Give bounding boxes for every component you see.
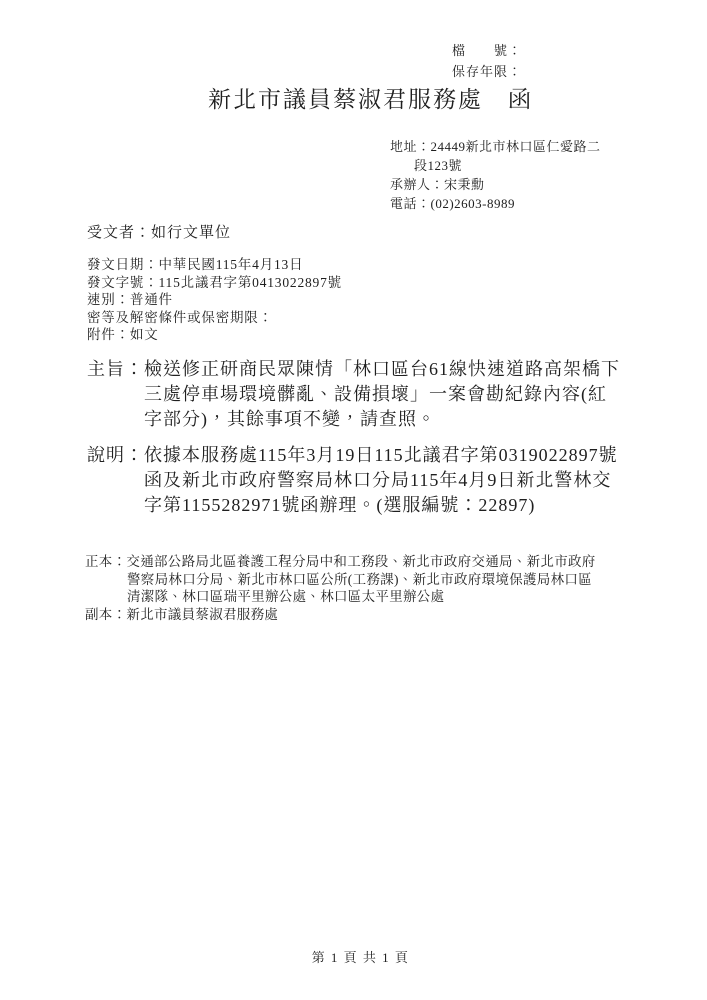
retention-period-label: 保存年限： [452,61,522,82]
original-recipients-line: 正本：交通部公路局北區養護工程分局中和工務段、新北市政府交通局、新北市政府 [85,553,596,571]
original-recipients-line: 清潔隊、林口區瑞平里辦公處、林口區太平里辦公處 [85,588,596,606]
attachment-line: 附件：如文 [87,326,342,344]
subject-line: 字部分)，其餘事項不變，請查照。 [87,407,620,432]
original-recipients-line: 警察局林口分局、新北市林口區公所(工務課)、新北市政府環境保護局林口區 [85,571,596,589]
description-line: 函及新北市政府警察局林口分局115年4月9日新北警林交 [87,468,618,493]
priority-line: 速別：普通件 [87,291,342,309]
page-footer: 第 1 頁 共 1 頁 [0,947,707,966]
description-line: 字第1155282971號函辦理。(選服編號：22897) [87,493,618,518]
sender-address-line-2: 段123號 [390,156,601,175]
phone-number: 電話：(02)2603-8989 [390,194,601,213]
sender-address-line-1: 地址：24449新北市林口區仁愛路二 [390,137,601,156]
description-section: 說明：依據本服務處115年3月19日115北議君字第0319022897號 函及… [87,443,618,518]
sender-contact-block: 地址：24449新北市林口區仁愛路二 段123號 承辦人：宋秉勳 電話：(02)… [390,137,601,213]
doc-number-line: 發文字號：115北議君字第0413022897號 [87,274,342,292]
description-line: 說明：依據本服務處115年3月19日115北議君字第0319022897號 [87,443,618,468]
security-line: 密等及解密條件或保密期限： [87,309,342,327]
file-number-label: 檔 號： [452,40,522,61]
issue-date-line: 發文日期：中華民國115年4月13日 [87,256,342,274]
recipient-line: 受文者：如行文單位 [87,221,231,242]
copies-section: 正本：交通部公路局北區養護工程分局中和工務段、新北市政府交通局、新北市政府 警察… [85,553,596,623]
document-title: 新北市議員蔡淑君服務處 函 [0,81,707,114]
file-info-block: 檔 號： 保存年限： [452,40,522,82]
copy-recipients-line: 副本：新北市議員蔡淑君服務處 [85,606,596,624]
subject-section: 主旨：檢送修正研商民眾陳情「林口區台61線快速道路高架橋下 三處停車場環境髒亂、… [87,357,620,432]
issue-metadata-block: 發文日期：中華民國115年4月13日 發文字號：115北議君字第04130228… [87,256,342,344]
subject-line: 三處停車場環境髒亂、設備損壞」一案會勘紀錄內容(紅 [87,382,620,407]
contact-person: 承辦人：宋秉勳 [390,175,601,194]
subject-line: 主旨：檢送修正研商民眾陳情「林口區台61線快速道路高架橋下 [87,357,620,382]
document-page: 檔 號： 保存年限： 新北市議員蔡淑君服務處 函 地址：24449新北市林口區仁… [0,0,707,1000]
